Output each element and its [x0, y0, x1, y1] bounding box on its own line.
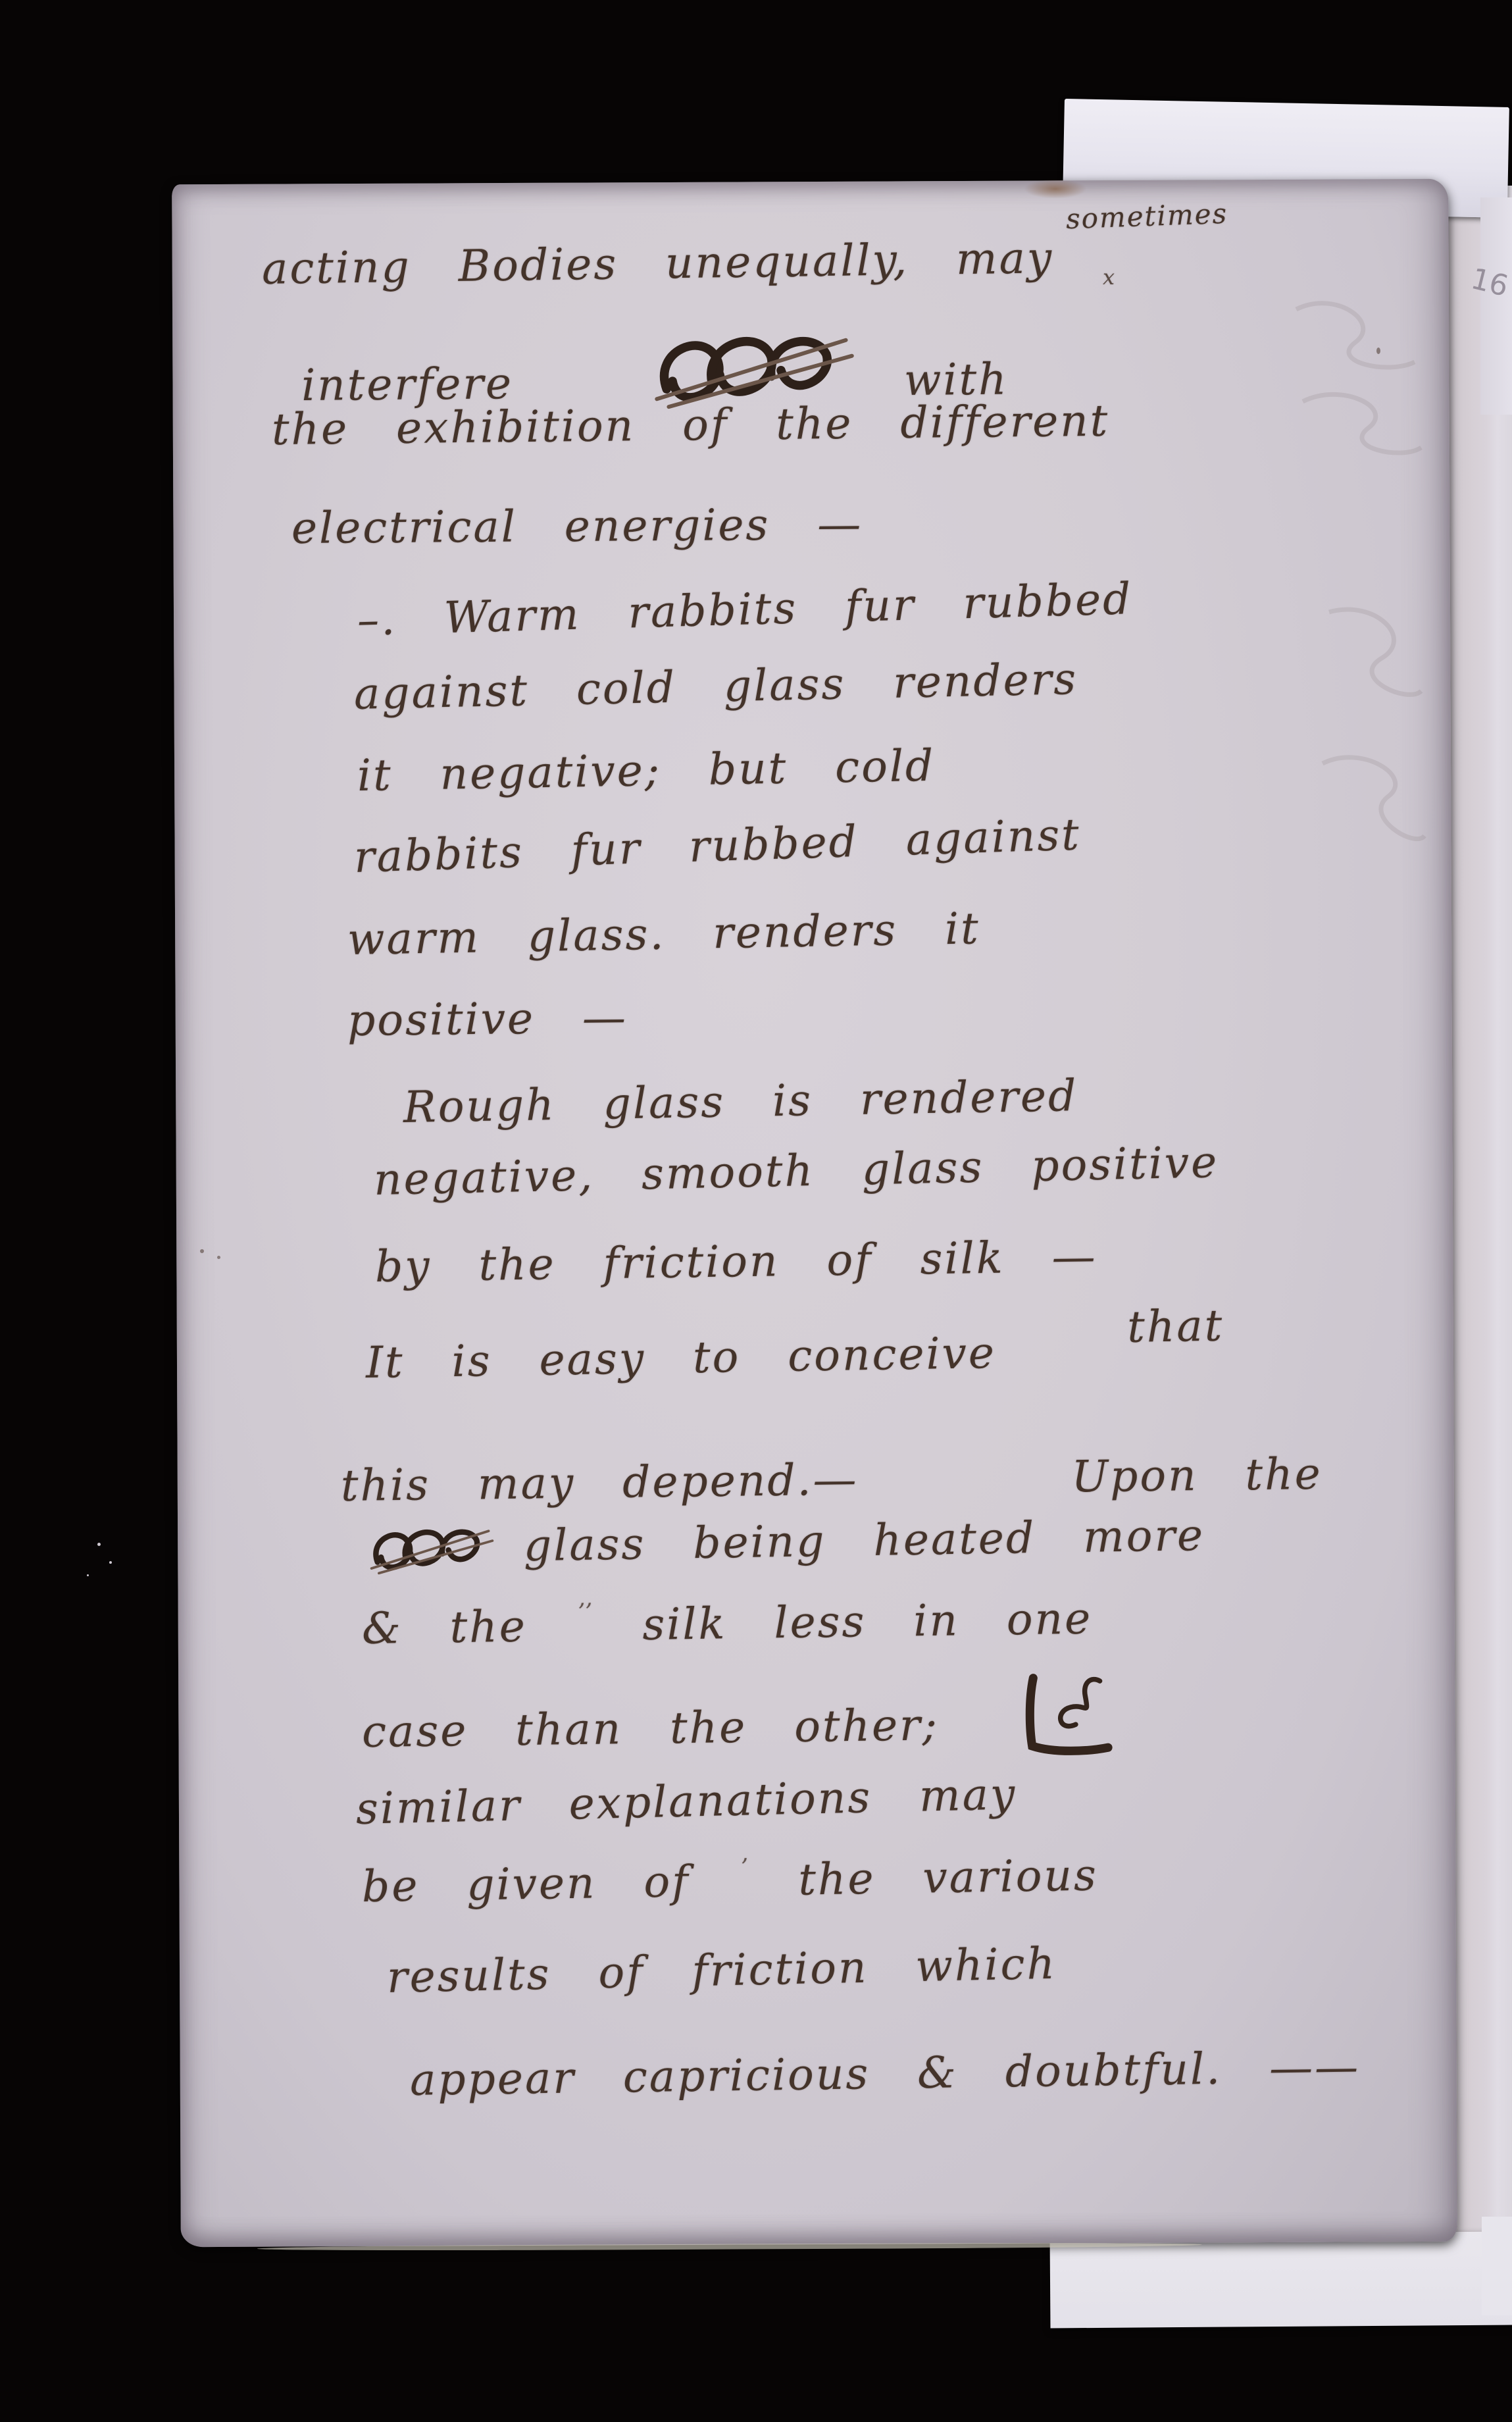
- scanned-manuscript-photo: { "page": { "number": "16", "background_…: [0, 0, 1512, 2422]
- manuscript-line: Rough glass is rendered: [403, 1070, 1078, 1133]
- manuscript-line: it negative; but cold: [357, 740, 935, 801]
- superscript-mark: ’: [741, 1854, 748, 1880]
- ink-scribble-deletion: [363, 1518, 499, 1585]
- interleaving-strip-bottom-right: [1482, 2217, 1512, 2315]
- handwritten-text: rabbits fur rubbed against: [353, 809, 1082, 883]
- handwritten-text: silk less in one: [642, 1593, 1093, 1651]
- handwritten-text: be given of: [361, 1856, 690, 1912]
- superscript-mark: ’’: [578, 1599, 592, 1625]
- manuscript-line: be given of ’ the various: [361, 1849, 1098, 1912]
- ink-dot: [217, 1256, 220, 1259]
- manuscript-line: & the ’’ silk less in one: [361, 1593, 1092, 1654]
- manuscript-line: warm glass. renders it: [347, 903, 980, 965]
- handwritten-text: that: [1127, 1301, 1224, 1353]
- manuscript-line: case than the other;: [361, 1669, 1114, 1777]
- manuscript-line: rabbits fur rubbed against: [353, 809, 1082, 883]
- handwritten-text: glass being heated more: [523, 1510, 1205, 1571]
- handwritten-text: case than the other;: [362, 1699, 940, 1757]
- handwritten-text: positive —: [347, 992, 628, 1046]
- handwritten-text: against cold glass renders: [353, 654, 1078, 719]
- manuscript-line: electrical energies —: [291, 499, 863, 554]
- manuscript-line: against cold glass renders: [353, 654, 1078, 719]
- manuscript-line: by the friction of silk —: [374, 1231, 1097, 1292]
- handwritten-text: acting Bodies unequally, may: [261, 232, 1053, 294]
- handwritten-text: Upon the: [1071, 1449, 1323, 1503]
- manuscript-line: negative, smooth glass positive: [373, 1137, 1219, 1205]
- ink-dot: [200, 1249, 204, 1253]
- handwritten-text: & the: [361, 1601, 527, 1654]
- manuscript-line: results of friction which: [386, 1938, 1057, 2003]
- handwritten-text: Rough glass is rendered: [403, 1070, 1078, 1133]
- dust-speck: [109, 1561, 112, 1564]
- handwritten-text: –. Warm rabbits fur rubbed: [357, 573, 1133, 646]
- handwritten-text: it negative; but cold: [357, 740, 935, 801]
- handwritten-text: similar explanations may: [355, 1768, 1017, 1834]
- manuscript-line: It is easy to conceive that: [365, 1324, 1224, 1388]
- dust-speck: [97, 1543, 101, 1546]
- bleed-through-ghost-writing: [1309, 592, 1434, 875]
- inserted-word-sometimes: sometimes: [1065, 197, 1228, 236]
- handwritten-text: the various: [798, 1849, 1099, 1905]
- manuscript-line: similar explanations may: [355, 1768, 1017, 1834]
- manuscript-line: –. Warm rabbits fur rubbed: [357, 573, 1133, 646]
- ink-stain-top-edge: [1024, 179, 1087, 199]
- ampersand-flourish: [1015, 1669, 1115, 1769]
- handwritten-text: negative, smooth glass positive: [373, 1137, 1219, 1205]
- handwritten-text: the exhibition of the different: [272, 396, 1110, 455]
- handwritten-text: warm glass. renders it: [347, 903, 980, 965]
- manuscript-line: this may depend.— Upon the: [341, 1449, 1323, 1511]
- handwritten-text: results of friction which: [386, 1938, 1057, 2003]
- handwritten-text: electrical energies —: [291, 499, 863, 554]
- manuscript-line: acting Bodies unequally, may: [261, 232, 1053, 294]
- handwritten-text: by the friction of silk —: [374, 1231, 1097, 1292]
- interleaving-strip-top-tail: [1480, 197, 1512, 415]
- manuscript-line: glass being heated more: [363, 1507, 1205, 1585]
- manuscript-line: positive —: [347, 992, 628, 1046]
- handwritten-text: It is easy to conceive: [365, 1327, 996, 1388]
- manuscript-line: the exhibition of the different: [272, 396, 1110, 455]
- handwritten-text: appear capricious & doubtful. ——: [409, 2042, 1360, 2105]
- bleed-through-ghost-writing: [1283, 283, 1434, 494]
- ink-dot: [1376, 348, 1380, 354]
- manuscript-line: appear capricious & doubtful. ——: [409, 2042, 1360, 2105]
- handwriting-layer: sometimes x acting Bodies unequally, may…: [176, 182, 1453, 2244]
- dust-speck: [87, 1574, 89, 1576]
- handwritten-text: this may depend.—: [341, 1454, 859, 1511]
- insertion-caret: x: [1103, 265, 1117, 290]
